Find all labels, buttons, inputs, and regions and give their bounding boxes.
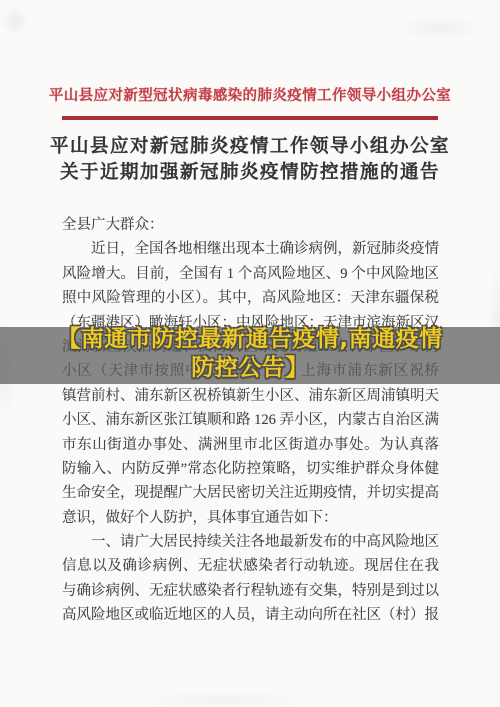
document-line: 照中风险管理的小区）。其中，高风险地区：天津东疆保税港区	[62, 286, 439, 310]
document-line: 意识，做好个人防护，具体事宜通告如下：	[62, 506, 439, 530]
document-body: 全县广大群众：近日，全国各地相继出现本土确诊病例，新冠肺炎疫情输入风险增大。目前…	[62, 213, 439, 628]
document-line: 全县广大群众：	[62, 213, 439, 237]
document-line: 信息以及确诊病例、无症状感染者行动轨迹。现居住在我县，且	[62, 554, 439, 578]
document-title-line2: 关于近期加强新冠肺炎疫情防控措施的通告	[40, 160, 460, 186]
document-line: 近日，全国各地相继出现本土确诊病例，新冠肺炎疫情输入	[62, 237, 439, 261]
document-line: 小区、浦东新区张江镇顺和路 126 弄小区，内蒙古自治区满洲里	[62, 408, 439, 432]
watermark-banner-line1: 【南通市防控最新通告疫情,南通疫情	[57, 326, 442, 352]
letterhead-org-title: 平山县应对新型冠状病毒感染的肺炎疫情工作领导小组办公室	[30, 84, 470, 105]
document-line: 市东山街道办事处、满洲里市北区街道办事处。为认真落实“外	[62, 433, 439, 457]
document-line: 高风险地区或临近地区的人员，请主动向所在社区（村）报备相	[62, 603, 439, 627]
document-line: 生命安全，现提醒广大居民密切关注近期疫情，并切实提高防范	[62, 481, 439, 505]
document-line: 一、请广大居民持续关注各地最新发布的中高风险地区调整	[62, 530, 439, 554]
letterhead-rule	[62, 116, 438, 120]
watermark-banner-line2: 防控公告】	[191, 355, 309, 381]
document-line: 与确诊病例、无症状感染者行程轨迹有交集，特别是到过以上中	[62, 579, 439, 603]
document-line: 防输入、内防反弹”常态化防控策略，切实维护群众身体健康和	[62, 457, 439, 481]
document-title-line1: 平山县应对新冠肺炎疫情工作领导小组办公室	[40, 134, 460, 160]
document-line: 镇营前村、浦东新区祝桥镇新生小区、浦东新区周浦镇明天华城	[62, 384, 439, 408]
document-line: 风险增大。目前，全国有 1 个高风险地区、9 个中风险地区（含按	[62, 262, 439, 286]
document-photo: 平山县应对新型冠状病毒感染的肺炎疫情工作领导小组办公室 平山县应对新冠肺炎疫情工…	[0, 0, 500, 707]
document-title: 平山县应对新冠肺炎疫情工作领导小组办公室 关于近期加强新冠肺炎疫情防控措施的通告	[40, 134, 460, 186]
watermark-banner-text: 【南通市防控最新通告疫情,南通疫情 防控公告】	[0, 325, 500, 383]
